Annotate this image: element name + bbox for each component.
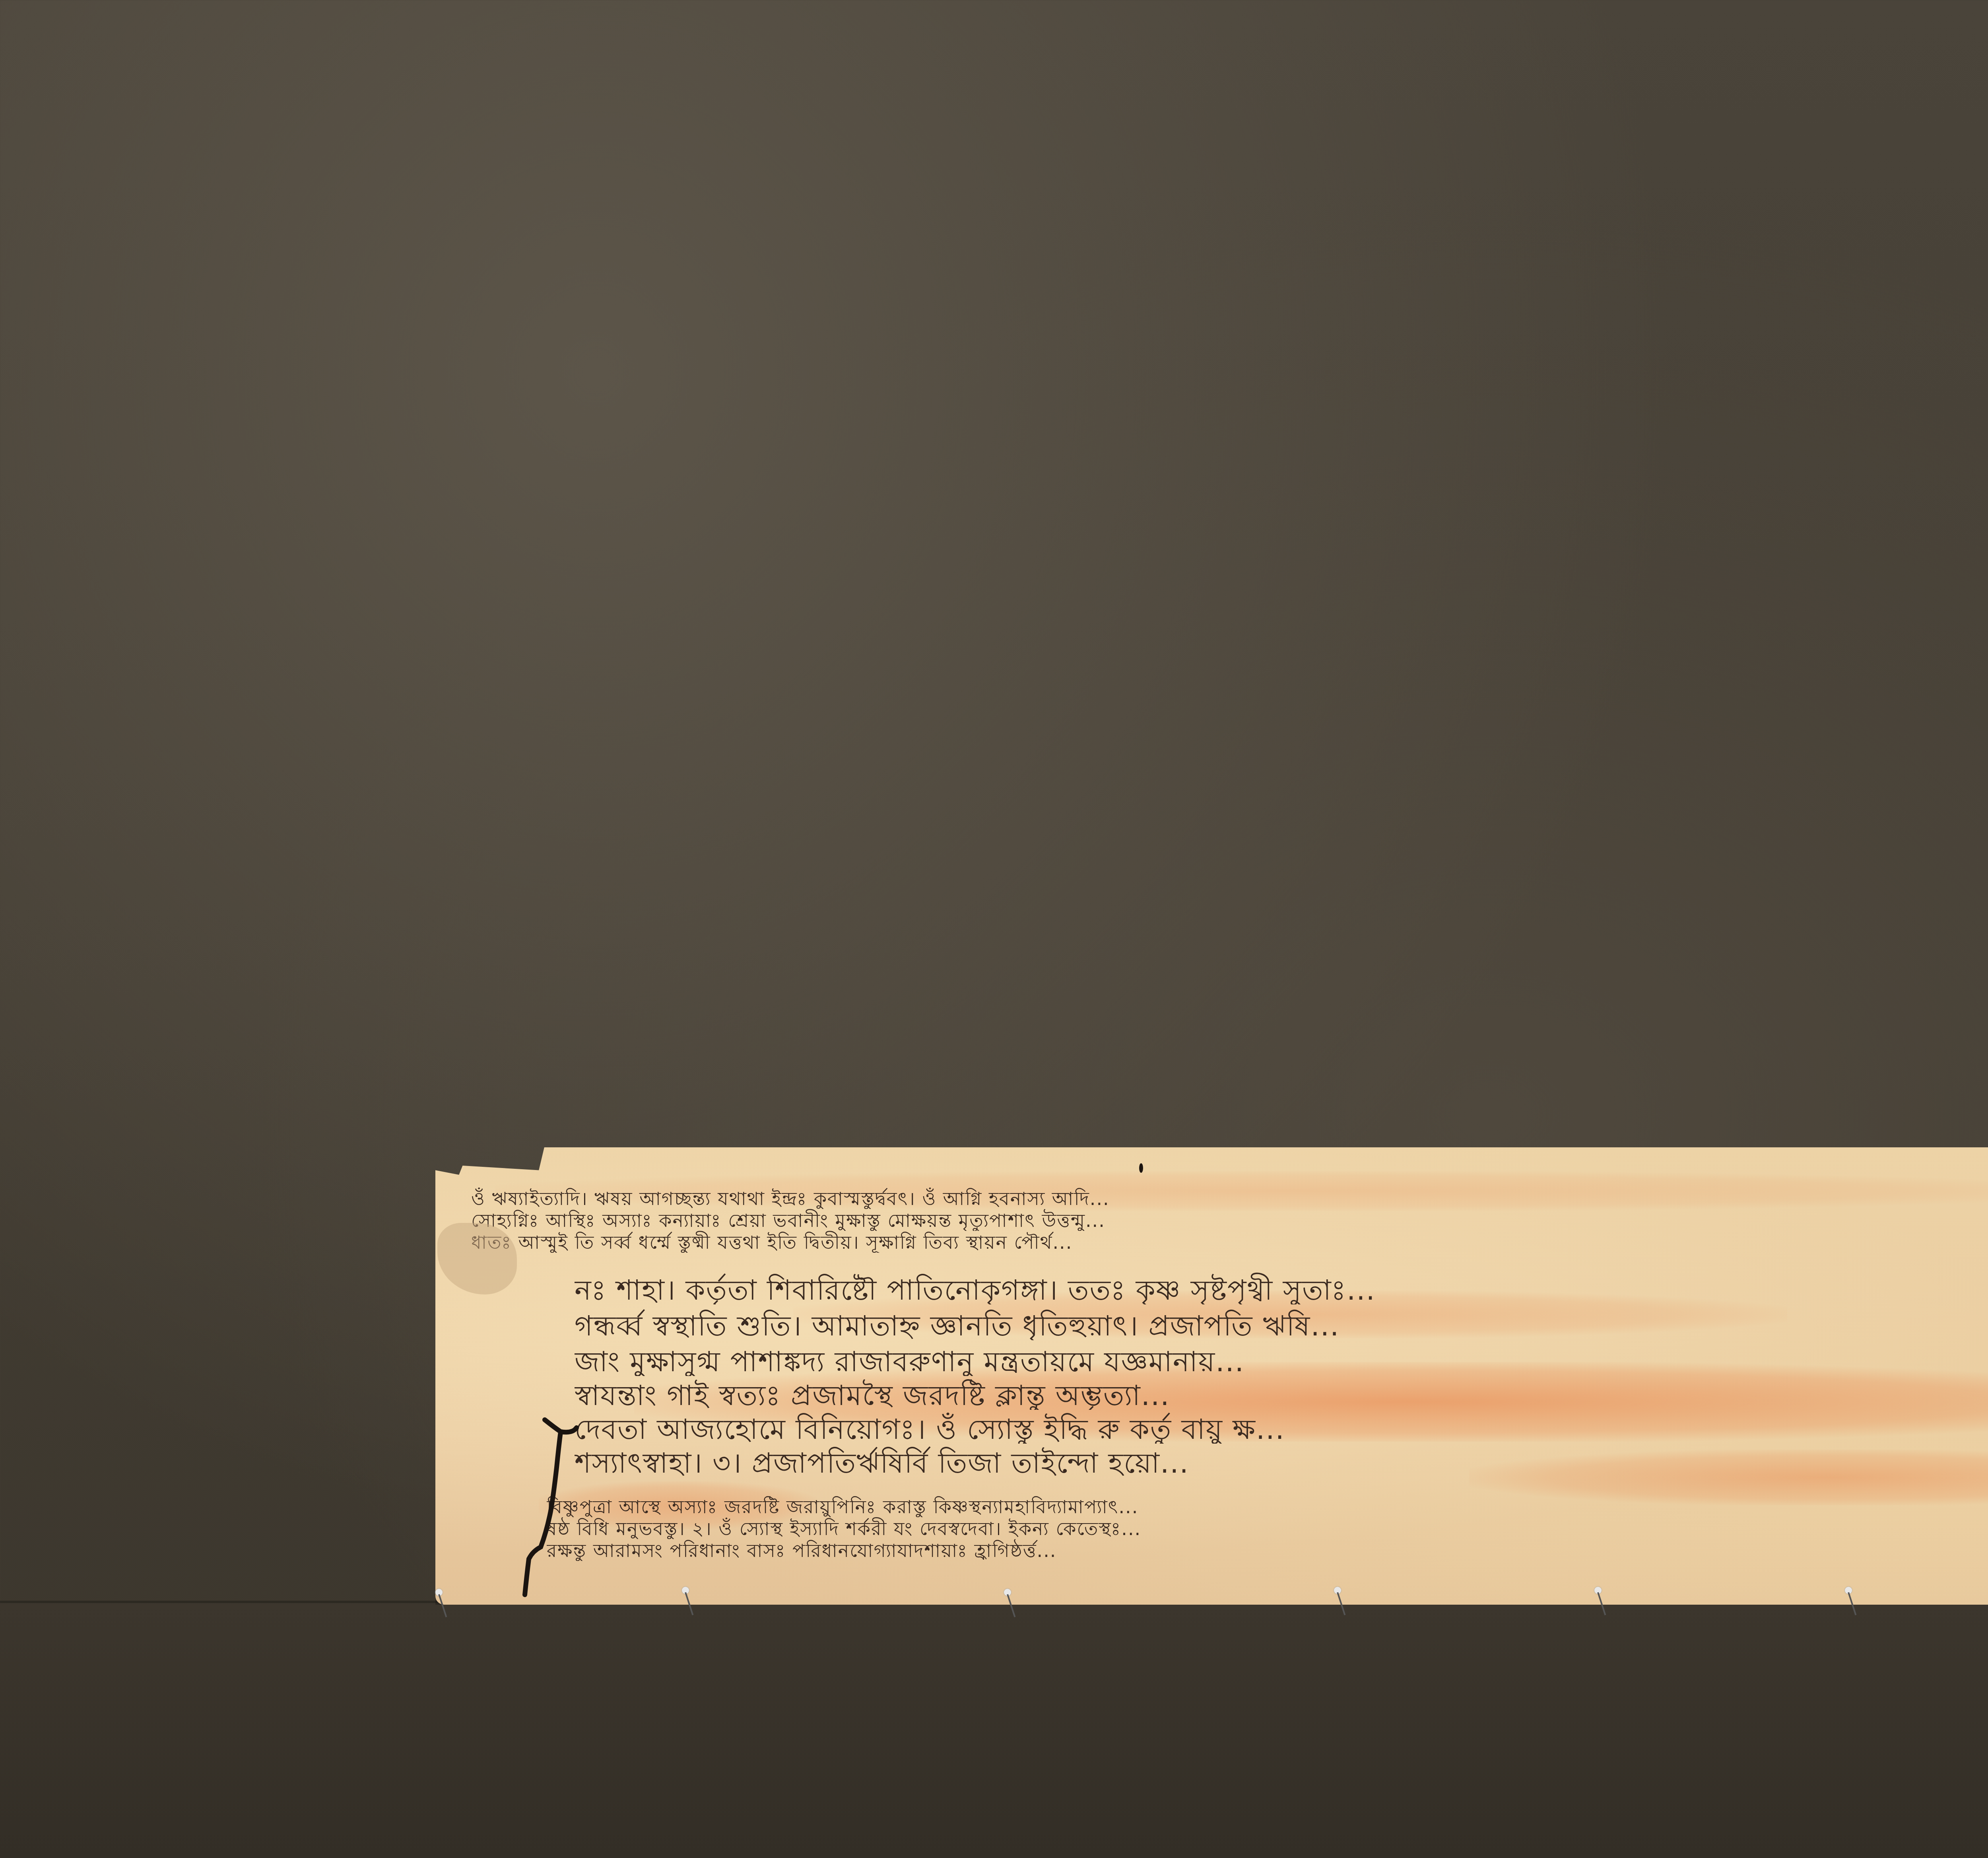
manuscript-line: বিষ্ণুপুত্রা আস্থে অস্যাঃ জরদষ্টি জরায়ু… (547, 1493, 1988, 1517)
mounting-pin (1845, 1587, 1852, 1615)
stain-patch (437, 1223, 517, 1294)
mounting-pin (682, 1587, 689, 1615)
manuscript-line: জাং মুক্ষাসুগ্ম পাশাঙ্কদ্য রাজাবরুণানু ম… (575, 1340, 1988, 1376)
manuscript-line: ষষ্ঠ বিধি মনুভবস্তু। ২। ওঁ স্যোস্থ ইস্যা… (547, 1515, 1988, 1539)
manuscript-leaf: ওঁ ঋষ্যাইত্যাদি। ঋষয় আগচ্ছন্ত্য যথাথা ই… (435, 1147, 1988, 1605)
ink-dot (1139, 1163, 1143, 1173)
manuscript-line: গন্ধর্ব্ব স্বস্থাতি শুতি। আমাতাহ্ন জ্ঞান… (575, 1304, 1988, 1340)
manuscript-line: শস্যাৎস্বাহা। ৩। প্রজাপতির্ঋষির্বি তিজা … (575, 1442, 1988, 1477)
manuscript-line: স্বাযন্তাং গাই স্বত্যঃ প্রজামস্থৈ জরদষ্ট… (575, 1374, 1988, 1410)
manuscript-line: ওঁ ঋষ্যাইত্যাদি। ঋষয় আগচ্ছন্ত্য যথাথা ই… (471, 1185, 1988, 1209)
mounting-pin (1594, 1587, 1602, 1615)
mounting-pin (435, 1589, 443, 1617)
shelf (0, 1603, 1988, 1858)
manuscript-line: দেবতা আজ্যহোমে বিনিয়োগঃ। ওঁ স্যোস্তু ইদ… (575, 1408, 1988, 1444)
mounting-pin (1004, 1589, 1011, 1617)
manuscript-line: রক্ষন্তু আরামসং পরিধানাং বাসঃ পরিধানযোগ্… (547, 1537, 1988, 1561)
mounting-pin (1334, 1587, 1341, 1615)
manuscript-line: নঃ শাহা। কর্তৃতা শিবারিষ্টৌ পাতিনোকৃগঙ্গ… (575, 1269, 1988, 1304)
paper-crack (517, 1416, 620, 1599)
manuscript-line: ধাতঃ আস্মুই তি সর্ব্ব ধর্ম্মে স্তুষ্মী য… (471, 1229, 1988, 1253)
manuscript-line: সোহ্যগ্নিঃ আস্থিঃ অস্যাঃ কন্যায়াঃ শ্রেয… (471, 1207, 1988, 1231)
